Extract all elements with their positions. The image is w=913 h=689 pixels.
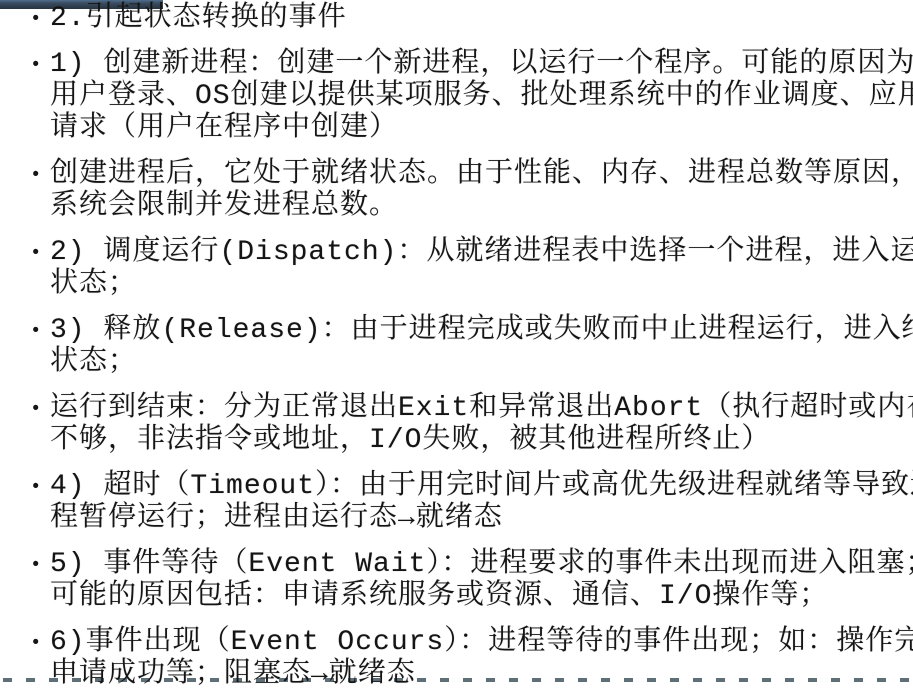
bullet-text: 2.引起状态转换的事件: [50, 3, 347, 35]
bullet-icon: •: [30, 237, 50, 269]
bullet-text: 5) 事件等待（Event Wait）：进程要求的事件未出现而进入阻塞； 可能的…: [50, 549, 913, 613]
bullet-icon: •: [30, 49, 50, 81]
list-item: • 4) 超时（Timeout）：由于用完时间片或高优先级进程就绪等导致进 程暂…: [30, 471, 913, 535]
list-item: • 2.引起状态转换的事件: [30, 3, 913, 35]
list-item: • 5) 事件等待（Event Wait）：进程要求的事件未出现而进入阻塞； 可…: [30, 549, 913, 613]
list-item: • 2) 调度运行(Dispatch)：从就绪进程表中选择一个进程，进入运行 状…: [30, 237, 913, 301]
bullet-icon: •: [30, 471, 50, 503]
list-item: • 6)事件出现（Event Occurs）：进程等待的事件出现；如：操作完成、…: [30, 627, 913, 689]
bullet-text: 6)事件出现（Event Occurs）：进程等待的事件出现；如：操作完成、 申…: [50, 627, 913, 689]
bullet-text: 创建进程后，它处于就绪状态。由于性能、内存、进程总数等原因， 系统会限制并发进程…: [50, 159, 913, 223]
bullet-icon: •: [30, 393, 50, 425]
bullet-icon: •: [30, 549, 50, 581]
list-item: • 运行到结束：分为正常退出Exit和异常退出Abort（执行超时或内存 不够，…: [30, 393, 913, 457]
bullet-text: 1) 创建新进程：创建一个新进程，以运行一个程序。可能的原因为： 用户登录、OS…: [50, 49, 913, 145]
bullet-list: • 2.引起状态转换的事件 • 1) 创建新进程：创建一个新进程，以运行一个程序…: [0, 0, 913, 689]
bullet-icon: •: [30, 3, 50, 35]
bullet-text: 3) 释放(Release)：由于进程完成或失败而中止进程运行，进入结束 状态；: [50, 315, 913, 379]
list-item: • 创建进程后，它处于就绪状态。由于性能、内存、进程总数等原因， 系统会限制并发…: [30, 159, 913, 223]
list-item: • 3) 释放(Release)：由于进程完成或失败而中止进程运行，进入结束 状…: [30, 315, 913, 379]
bullet-text: 4) 超时（Timeout）：由于用完时间片或高优先级进程就绪等导致进 程暂停运…: [50, 471, 913, 535]
bullet-icon: •: [30, 315, 50, 347]
list-item: • 1) 创建新进程：创建一个新进程，以运行一个程序。可能的原因为： 用户登录、…: [30, 49, 913, 145]
bullet-text: 2) 调度运行(Dispatch)：从就绪进程表中选择一个进程，进入运行 状态；: [50, 237, 913, 301]
bullet-icon: •: [30, 627, 50, 659]
bullet-text: 运行到结束：分为正常退出Exit和异常退出Abort（执行超时或内存 不够，非法…: [50, 393, 913, 457]
bullet-icon: •: [30, 159, 50, 191]
